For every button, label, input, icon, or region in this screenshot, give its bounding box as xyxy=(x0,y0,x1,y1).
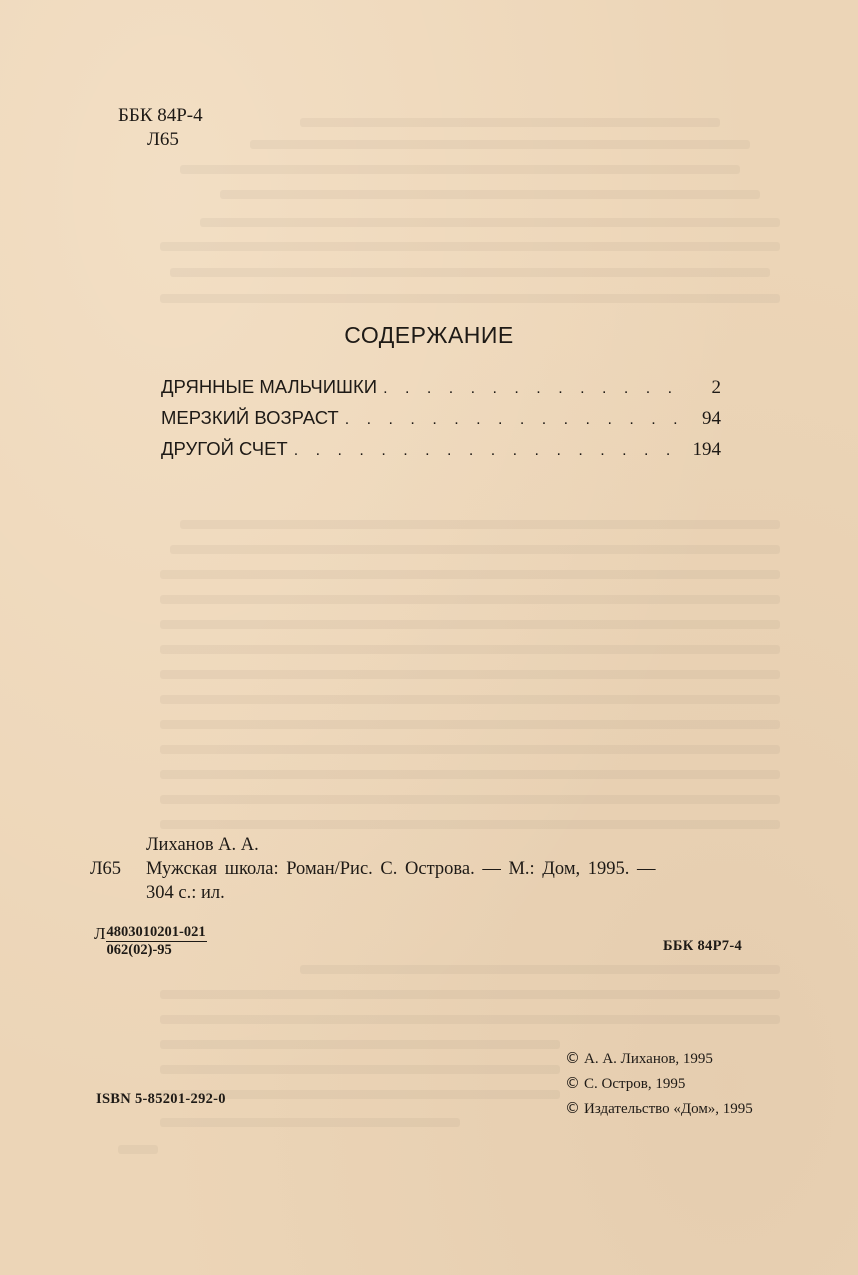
catalog-index-prefix: Л xyxy=(94,924,106,943)
copyright-holder: С. Остров, 1995 xyxy=(584,1076,685,1092)
copyright-holder: А. А. Лиханов, 1995 xyxy=(584,1051,713,1067)
catalog-index-numerator: 4803010201-021 xyxy=(106,924,207,942)
toc-entry-page: 194 xyxy=(693,439,722,461)
isbn: ISBN 5-85201-292-0 xyxy=(96,1091,226,1108)
bibliographic-record: Лиханов А. А. Л65 Мужская школа: Роман/Р… xyxy=(90,833,790,905)
record-call-number: Л65 xyxy=(90,857,146,881)
leader-dots xyxy=(383,380,687,398)
toc-entry: МЕРЗКИЙ ВОЗРАСТ 94 xyxy=(161,407,721,438)
copyright-line: ©Издательство «Дом», 1995 xyxy=(565,1096,753,1121)
copyright-line: ©С. Остров, 1995 xyxy=(565,1071,753,1096)
toc-entry: ДРЯННЫЕ МАЛЬЧИШКИ 2 xyxy=(161,376,721,407)
author-mark-top: Л65 xyxy=(118,128,203,152)
toc-entry-title: ДРУГОЙ СЧЕТ xyxy=(161,438,288,460)
record-pages: 304 с.: ил. xyxy=(90,881,790,905)
copyright-notices: ©А. А. Лиханов, 1995 ©С. Остров, 1995 ©И… xyxy=(565,1046,753,1121)
classification-top: ББК 84Р-4 Л65 xyxy=(118,104,203,152)
copyright-icon: © xyxy=(565,1099,580,1117)
contents-title: СОДЕРЖАНИЕ xyxy=(0,322,858,349)
toc-entry-page: 2 xyxy=(693,377,721,399)
catalog-index-denominator: 062(02)-95 xyxy=(106,942,207,958)
book-page: ББК 84Р-4 Л65 СОДЕРЖАНИЕ ДРЯННЫЕ МАЛЬЧИШ… xyxy=(0,0,858,1275)
bbk-code-top: ББК 84Р-4 xyxy=(118,105,203,126)
copyright-icon: © xyxy=(565,1074,580,1092)
toc-entry-title: МЕРЗКИЙ ВОЗРАСТ xyxy=(161,407,339,429)
record-description: Мужская школа: Роман/Рис. С. Острова. — … xyxy=(146,857,790,881)
table-of-contents: ДРЯННЫЕ МАЛЬЧИШКИ 2 МЕРЗКИЙ ВОЗРАСТ 94 Д… xyxy=(161,376,721,469)
toc-entry: ДРУГОЙ СЧЕТ 194 xyxy=(161,438,721,469)
leader-dots xyxy=(345,411,687,429)
toc-entry-title: ДРЯННЫЕ МАЛЬЧИШКИ xyxy=(161,376,377,398)
record-author: Лиханов А. А. xyxy=(90,833,790,857)
catalog-index: Л 4803010201-021 062(02)-95 xyxy=(94,924,207,958)
copyright-line: ©А. А. Лиханов, 1995 xyxy=(565,1046,753,1071)
copyright-icon: © xyxy=(565,1049,580,1067)
bbk-code-bottom: ББК 84Р7-4 xyxy=(663,938,742,955)
leader-dots xyxy=(294,442,687,460)
copyright-holder: Издательство «Дом», 1995 xyxy=(584,1101,753,1117)
toc-entry-page: 94 xyxy=(693,408,721,430)
